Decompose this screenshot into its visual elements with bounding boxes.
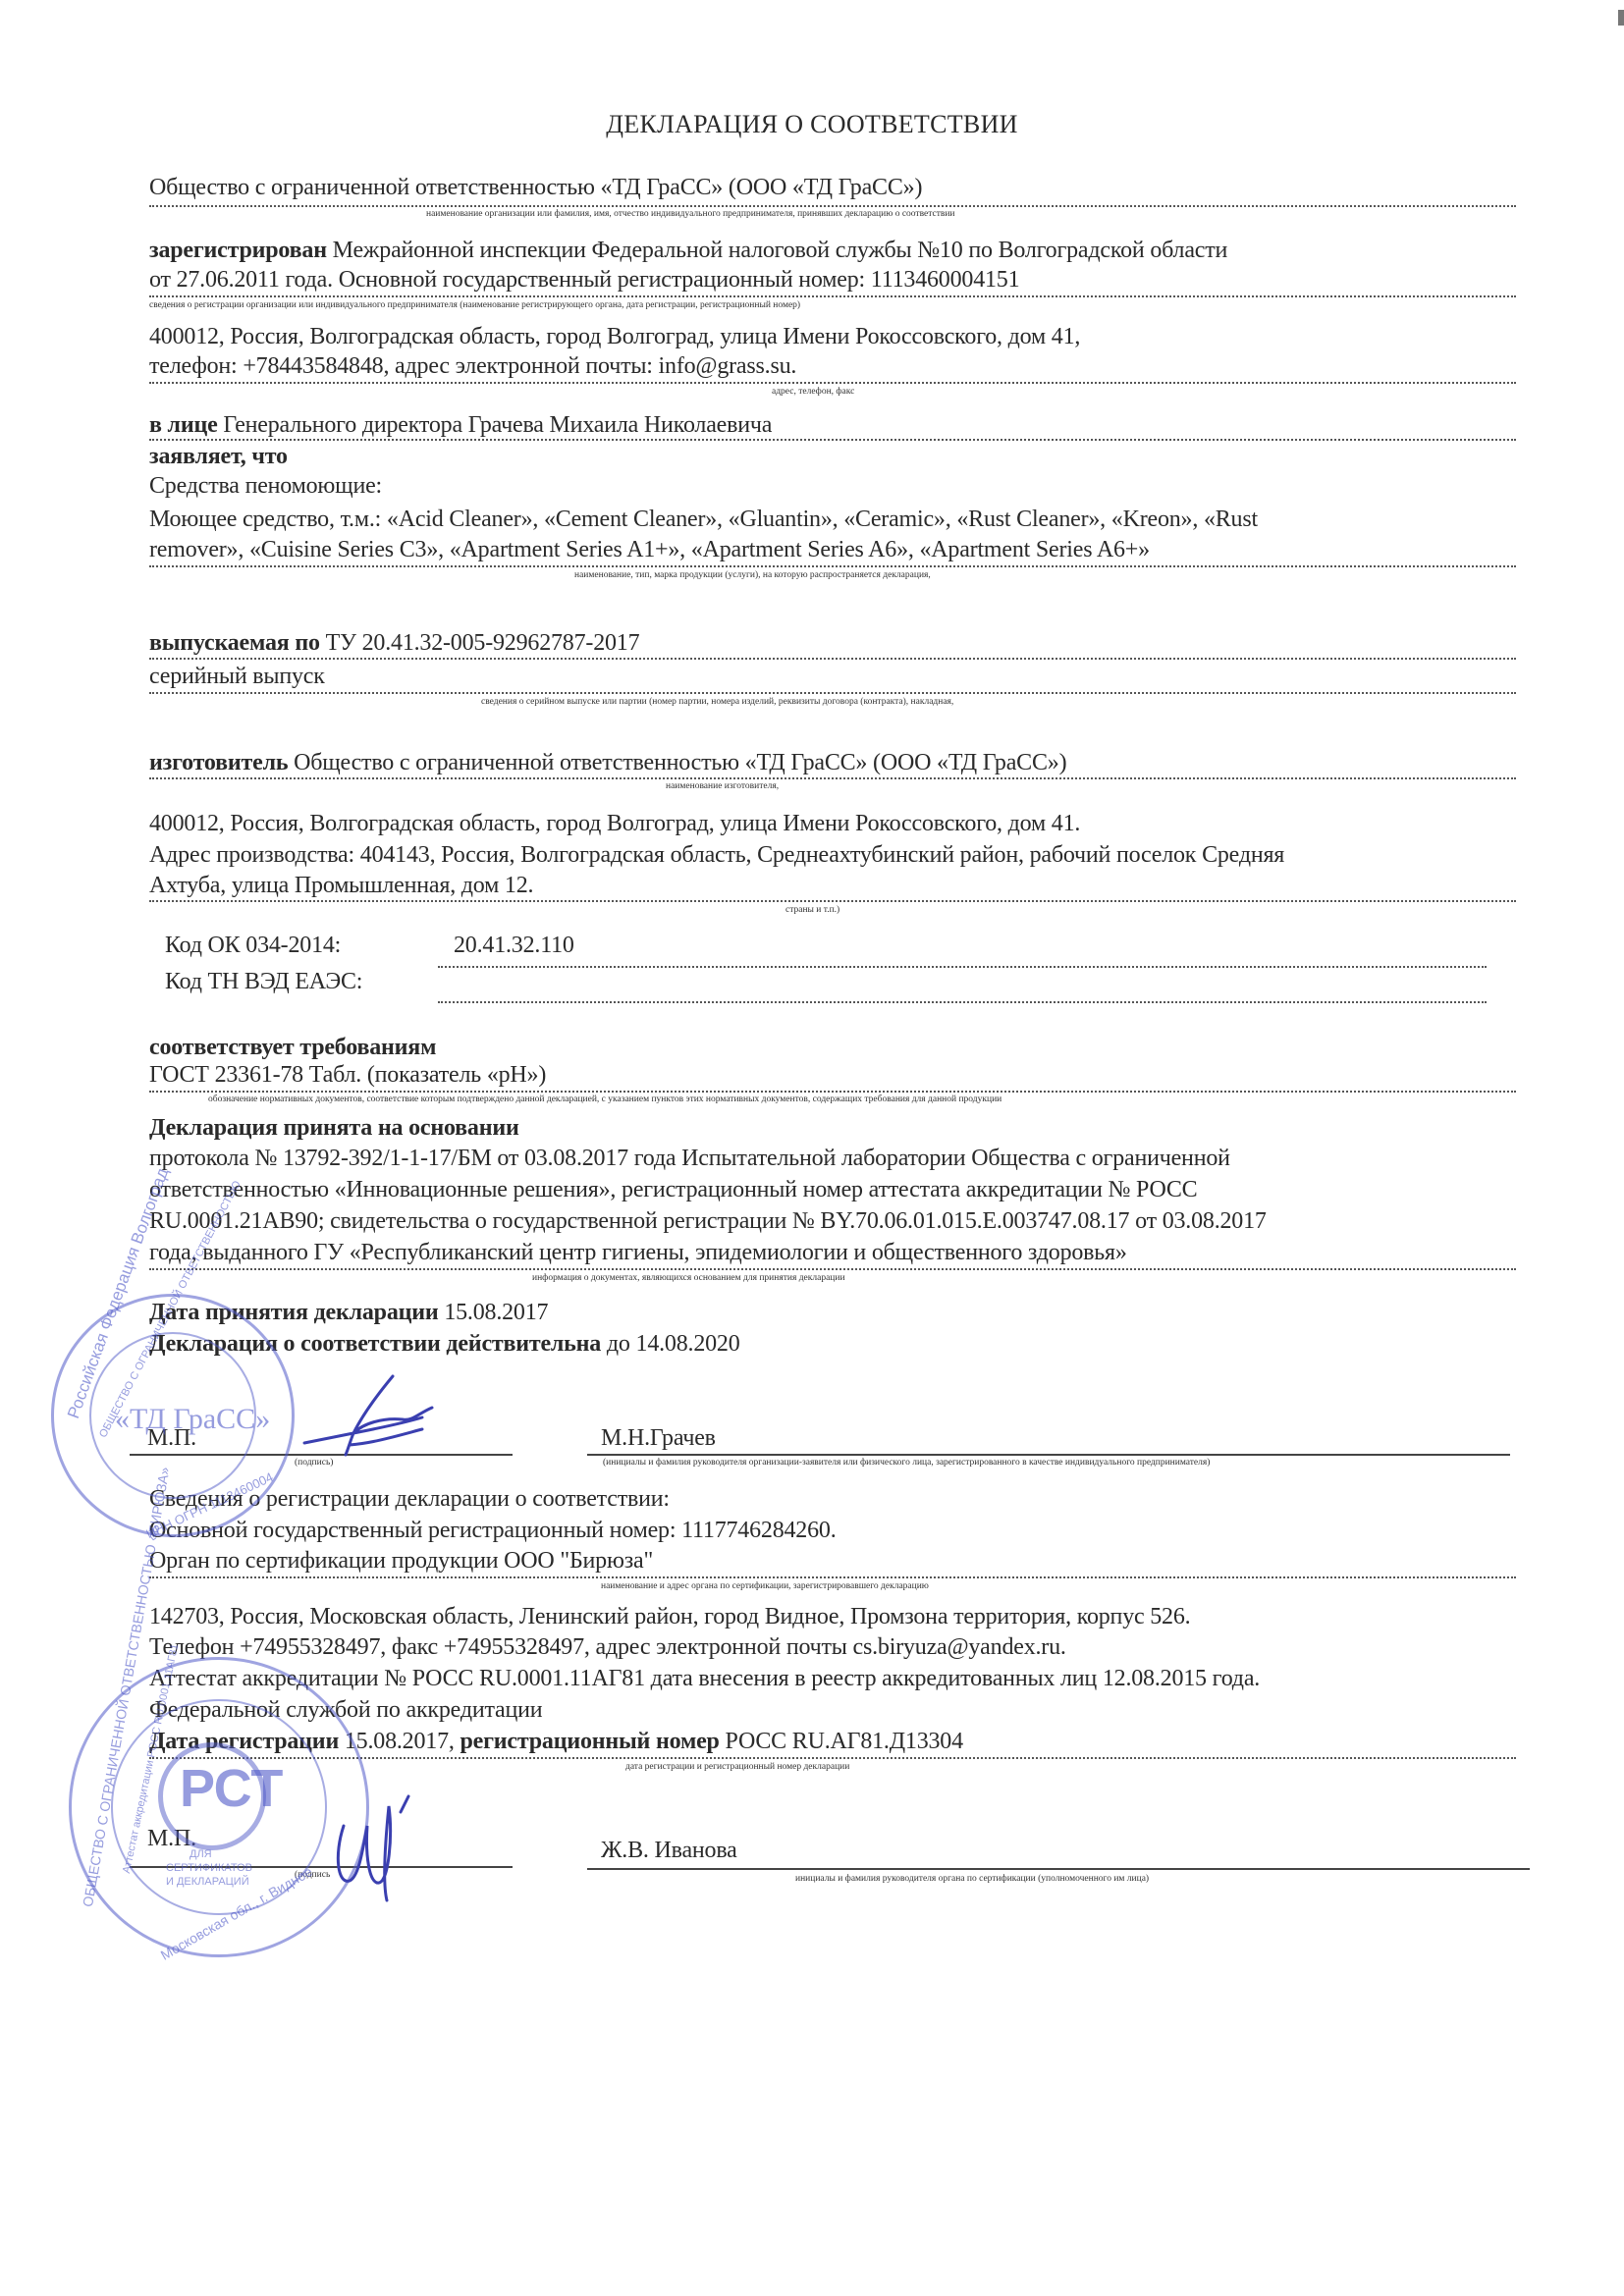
applicant-registration-line2: от 27.06.2011 года. Основной государстве… xyxy=(149,265,1019,294)
divider xyxy=(149,1757,1516,1759)
declaration-page: ДЕКЛАРАЦИЯ О СООТВЕТСТВИИ Общество с огр… xyxy=(0,0,1624,2296)
basis-line2: ответственностью «Инновационные решения»… xyxy=(149,1175,1198,1204)
represented-by: в лице Генерального директора Грачева Ми… xyxy=(149,410,772,440)
reg-number-label: регистрационный номер xyxy=(460,1729,719,1754)
divider xyxy=(149,1268,1516,1270)
production-spec: выпускаемая по ТУ 20.41.32-005-92962787-… xyxy=(149,628,639,658)
document-title: ДЕКЛАРАЦИЯ О СООТВЕТСТВИИ xyxy=(0,110,1624,139)
stamp-center-caption-2: СЕРТИФИКАТОВ xyxy=(166,1862,252,1874)
divider xyxy=(149,439,1516,441)
divider xyxy=(438,1001,1487,1003)
certification-body: Орган по сертификации продукции ООО "Бир… xyxy=(149,1546,653,1575)
applicant-signer-name: М.Н.Грачев xyxy=(601,1423,716,1453)
registered-label: зарегистрирован xyxy=(149,238,327,263)
registration-heading: Сведения о регистрации декларации о соот… xyxy=(149,1484,670,1514)
tnved-code-label: Код ТН ВЭД ЕАЭС: xyxy=(165,967,362,996)
applicant-signature-icon xyxy=(285,1374,481,1463)
reg-number-value: РОСС RU.АГ81.Д13304 xyxy=(720,1729,963,1754)
applicant-seal-label: М.П. xyxy=(147,1423,196,1453)
declares-label: заявляет, что xyxy=(149,442,288,471)
accepted-date-value: 15.08.2017 xyxy=(439,1300,549,1325)
applicant-address-line1: 400012, Россия, Волгоградская область, г… xyxy=(149,322,1080,351)
compliance-caption: обозначение нормативных документов, соот… xyxy=(208,1094,1001,1105)
divider xyxy=(149,1576,1516,1578)
product-group: Средства пеномоющие: xyxy=(149,471,382,501)
basis-line1: протокола № 13792-392/1-1-17/БМ от 03.08… xyxy=(149,1144,1230,1173)
stamp-bottom-text: Московская обл., г. Видное xyxy=(158,1863,315,1963)
manufacturer-address-line2: Адрес производства: 404143, Россия, Волг… xyxy=(149,840,1284,870)
compliance-label: соответствует требованиям xyxy=(149,1033,436,1062)
applicant-address-line2: телефон: +78443584848, адрес электронной… xyxy=(149,351,796,381)
rst-mark-icon: РСТ xyxy=(180,1758,283,1819)
ok-code-value: 20.41.32.110 xyxy=(454,931,574,960)
stamp-center-caption-3: И ДЕКЛАРАЦИЙ xyxy=(166,1876,249,1888)
body-signature-caption: (подпись xyxy=(295,1869,330,1881)
body-signer-name: Ж.В. Иванова xyxy=(601,1836,737,1865)
products-line2: remover», «Cuisine Series C3», «Apartmen… xyxy=(149,535,1150,564)
manufacturer-address-line3: Ахтуба, улица Промышленная, дом 12. xyxy=(149,871,533,900)
body-seal-label: М.П. xyxy=(147,1824,196,1853)
signer-line xyxy=(587,1454,1510,1456)
valid-until-value: до 14.08.2020 xyxy=(601,1331,739,1357)
products-caption: наименование, тип, марка продукции (услу… xyxy=(574,569,931,581)
basis-label: Декларация принята на основании xyxy=(149,1113,519,1143)
represented-label: в лице xyxy=(149,412,218,438)
basis-line3: RU.0001.21АВ90; свидетельства о государс… xyxy=(149,1206,1267,1236)
body-address: 142703, Россия, Московская область, Лени… xyxy=(149,1602,1190,1631)
spec-text: ТУ 20.41.32-005-92962787-2017 xyxy=(320,630,640,656)
ok-code-label: Код ОК 034-2014: xyxy=(165,931,341,960)
body-contacts: Телефон +74955328497, факс +74955328497,… xyxy=(149,1632,1066,1662)
address-caption: адрес, телефон, факс xyxy=(772,386,854,398)
divider xyxy=(149,565,1516,567)
divider xyxy=(149,658,1516,660)
body-accreditation: Аттестат аккредитации № РОСС RU.0001.11А… xyxy=(149,1664,1260,1693)
signer-line xyxy=(587,1868,1530,1870)
valid-until: Декларация о соответствии действительна … xyxy=(149,1329,740,1359)
manufacturer-name: Общество с ограниченной ответственностью… xyxy=(288,750,1066,775)
applicant-name: Общество с ограниченной ответственностью… xyxy=(149,173,922,202)
registration-caption: сведения о регистрации организации или и… xyxy=(149,299,800,311)
divider xyxy=(149,1091,1516,1093)
series-caption: сведения о серийном выпуске или партии (… xyxy=(481,696,953,708)
divider xyxy=(438,966,1487,968)
signature-line xyxy=(130,1454,513,1456)
body-signature-icon xyxy=(324,1787,432,1904)
products-line1: Моющее средство, т.м.: «Acid Cleaner», «… xyxy=(149,505,1258,534)
certification-body-caption: наименование и адрес органа по сертифика… xyxy=(601,1580,929,1592)
manufacturer: изготовитель Общество с ограниченной отв… xyxy=(149,748,1066,777)
reg-date-value: 15.08.2017, xyxy=(339,1729,460,1754)
manufacturer-label: изготовитель xyxy=(149,750,288,775)
divider xyxy=(149,777,1516,779)
applicant-name-caption: наименование организации или фамилия, им… xyxy=(426,208,955,220)
compliance-standard: ГОСТ 23361-78 Табл. (показатель «pH») xyxy=(149,1060,546,1090)
accepted-date: Дата принятия декларации 15.08.2017 xyxy=(149,1298,548,1327)
applicant-registration-line1: зарегистрирован Межрайонной инспекции Фе… xyxy=(149,236,1227,265)
registration-ogrn: Основной государственный регистрационный… xyxy=(149,1516,837,1545)
applicant-signature-caption: (подпись) xyxy=(295,1457,333,1468)
signature-line xyxy=(130,1866,513,1868)
body-signer-caption: инициалы и фамилия руководителя органа п… xyxy=(795,1873,1149,1885)
registration-date-number: Дата регистрации 15.08.2017, регистрацио… xyxy=(149,1727,963,1756)
divider xyxy=(149,382,1516,384)
scan-edge-mark xyxy=(1618,10,1624,26)
registered-text: Межрайонной инспекции Федеральной налого… xyxy=(327,238,1227,263)
divider xyxy=(149,900,1516,902)
applicant-signer-caption: (инициалы и фамилия руководителя организ… xyxy=(603,1457,1210,1468)
manufacturer-address-line1: 400012, Россия, Волгоградская область, г… xyxy=(149,809,1080,838)
reg-date-label: Дата регистрации xyxy=(149,1729,339,1754)
registration-caption-2: дата регистрации и регистрационный номер… xyxy=(625,1761,849,1773)
divider xyxy=(149,692,1516,694)
spec-label: выпускаемая по xyxy=(149,630,320,656)
body-accreditation-by: Федеральной службой по аккредитации xyxy=(149,1695,542,1725)
manufacturer-address-caption: страны и т.п.) xyxy=(785,904,839,916)
basis-line4: года, выданного ГУ «Республиканский цент… xyxy=(149,1238,1127,1267)
series: серийный выпуск xyxy=(149,662,325,691)
basis-caption: информация о документах, являющихся осно… xyxy=(532,1272,845,1284)
divider xyxy=(149,295,1516,297)
represented-text: Генерального директора Грачева Михаила Н… xyxy=(218,412,773,438)
manufacturer-caption: наименование изготовителя, xyxy=(666,780,779,792)
divider xyxy=(149,205,1516,207)
valid-until-label: Декларация о соответствии действительна xyxy=(149,1331,601,1357)
accepted-date-label: Дата принятия декларации xyxy=(149,1300,439,1325)
